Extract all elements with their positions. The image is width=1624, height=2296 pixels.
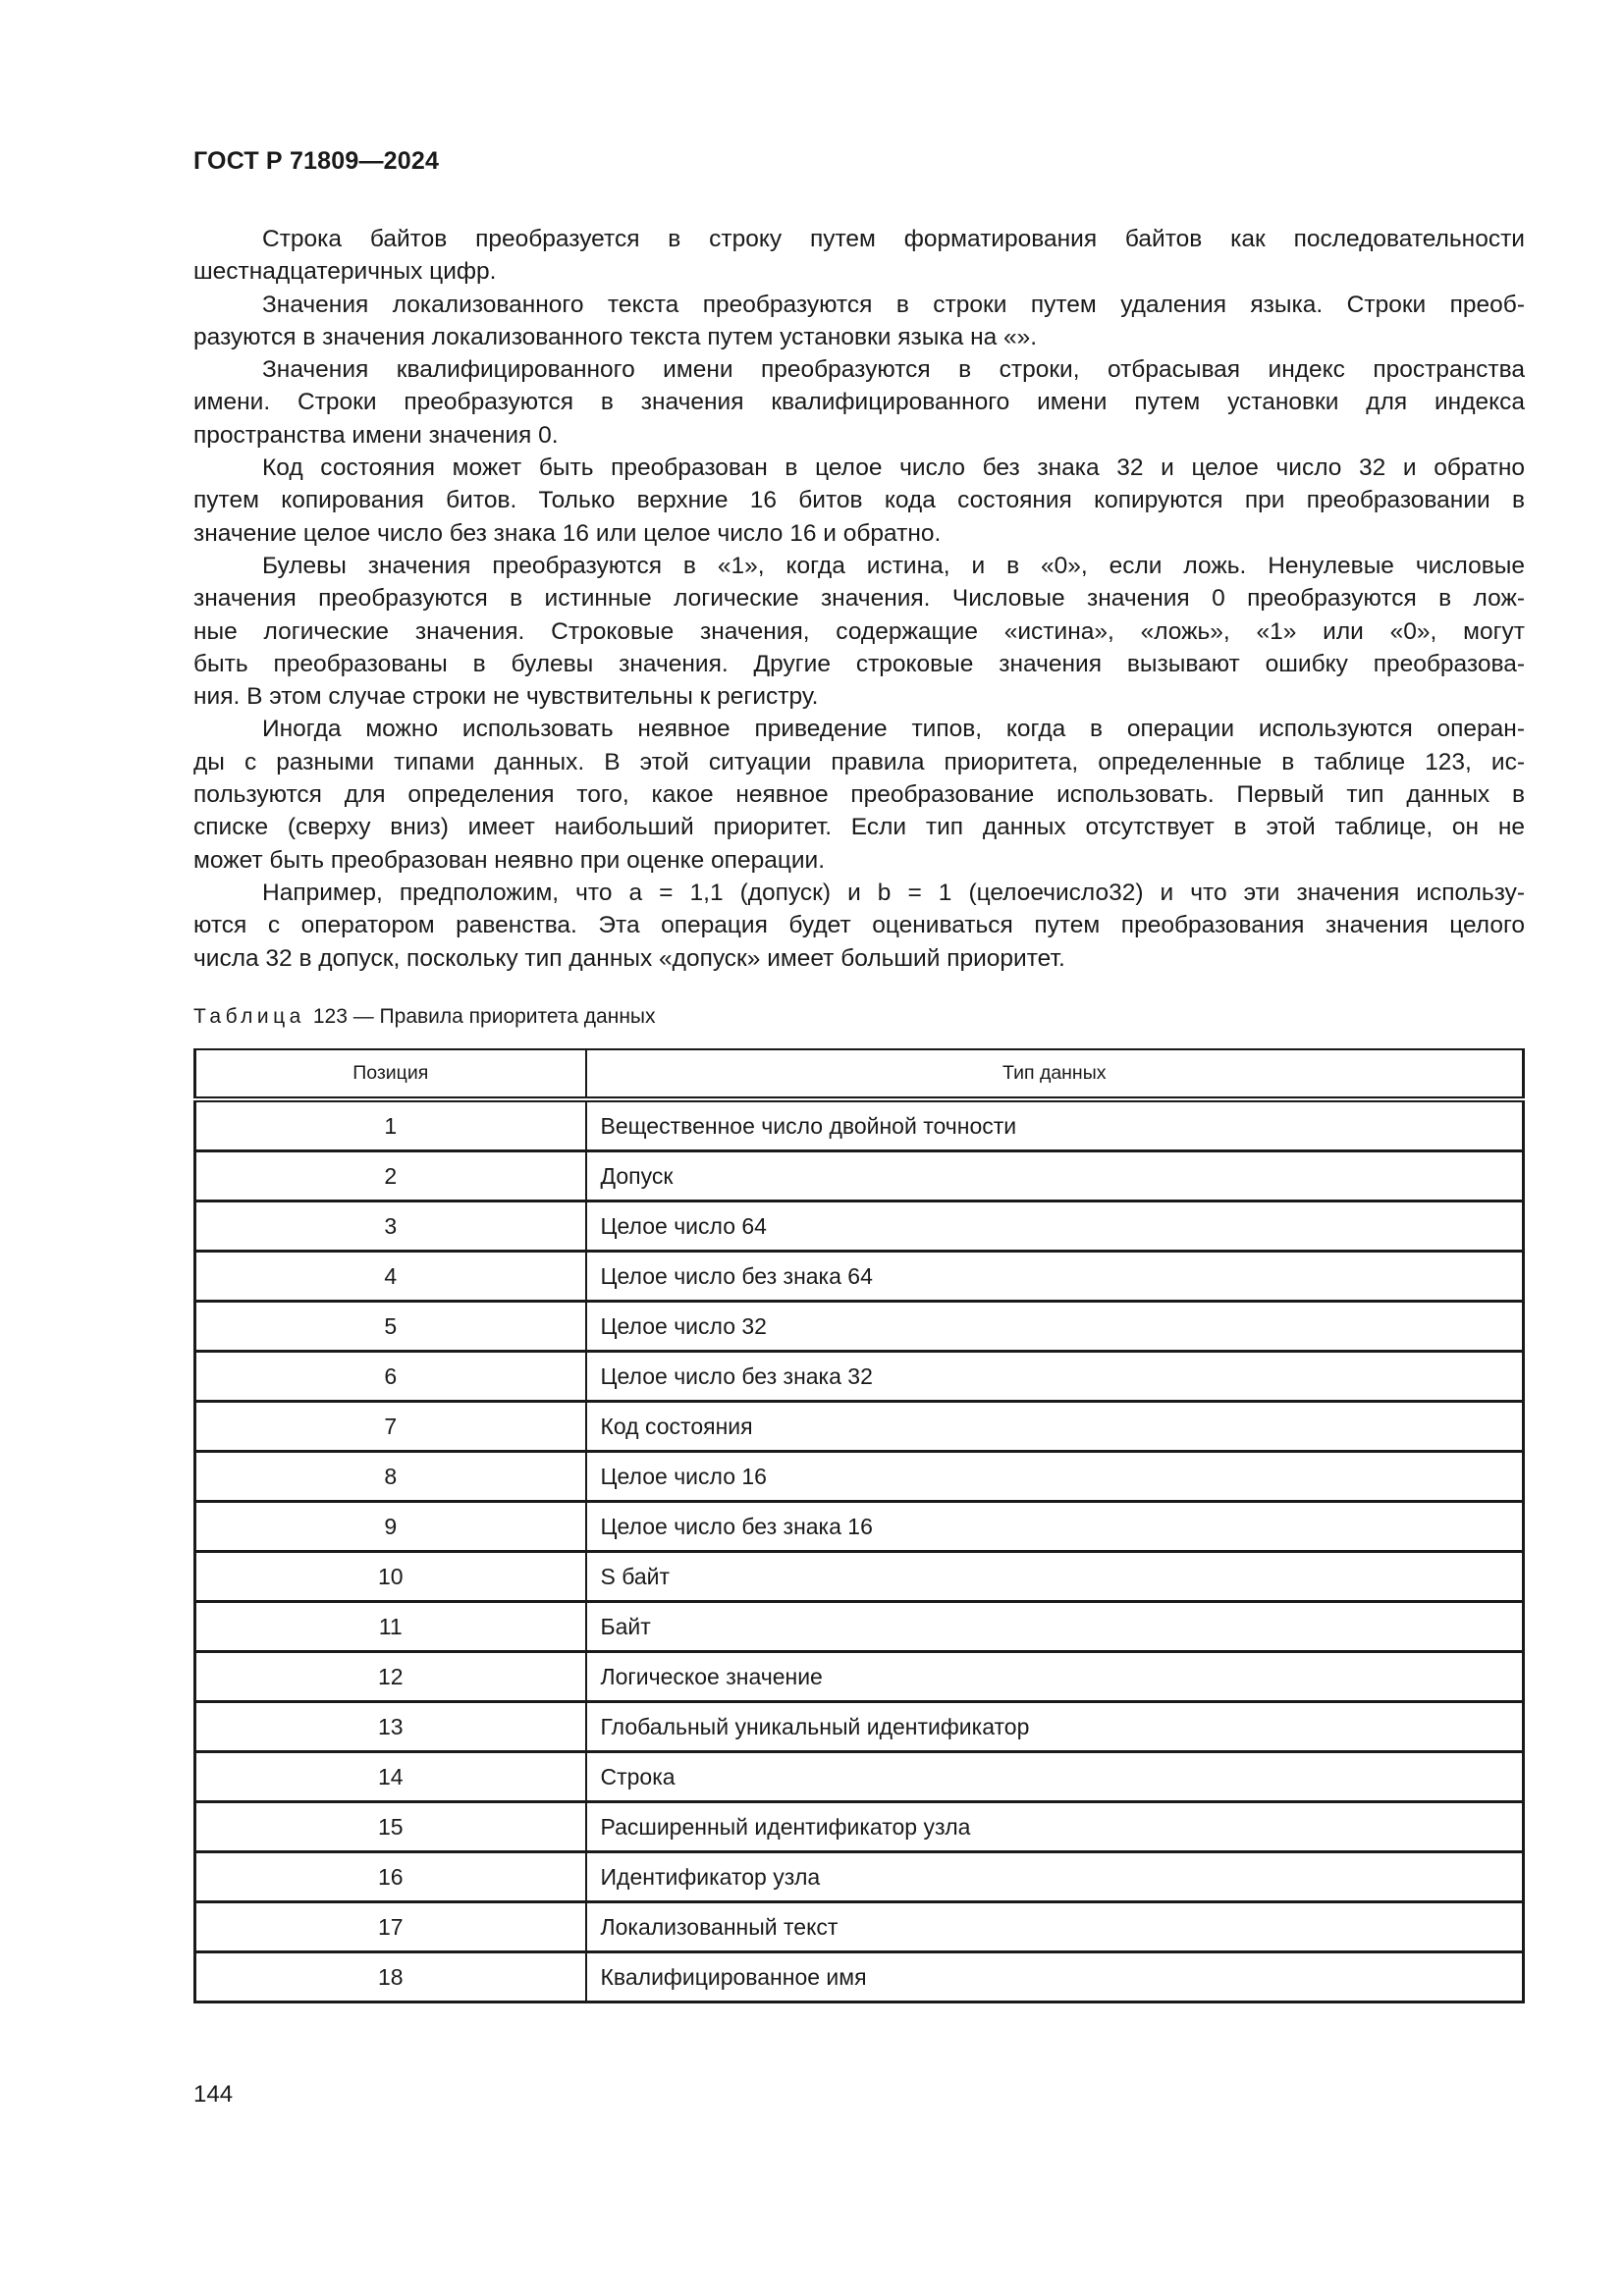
position-cell: 16 [195,1852,586,1902]
data-type-cell: Допуск [586,1151,1524,1201]
table-row: 17Локализованный текст [195,1902,1524,1952]
paragraph-line: значения преобразуются в истинные логиче… [193,582,1525,614]
position-cell: 17 [195,1902,586,1952]
table-body: 1Вещественное число двойной точности2Доп… [195,1099,1524,2002]
data-type-cell: Целое число 16 [586,1452,1524,1502]
paragraph-line: числа 32 в допуск, поскольку тип данных … [193,942,1525,975]
position-cell: 2 [195,1151,586,1201]
position-cell: 10 [195,1552,586,1602]
data-type-cell: Целое число без знака 64 [586,1252,1524,1302]
data-type-cell: Локализованный текст [586,1902,1524,1952]
table-caption-label: Таблица [193,1005,305,1028]
paragraph-line: ды с разными типами данных. В этой ситуа… [193,746,1525,778]
paragraph-line: путем копирования битов. Только верхние … [193,484,1525,516]
table-header-row: Позиция Тип данных [195,1049,1524,1099]
table-row: 6Целое число без знака 32 [195,1352,1524,1402]
table-row: 5Целое число 32 [195,1302,1524,1352]
paragraph-line: пространства имени значения 0. [193,419,1525,452]
paragraph-line: ния. В этом случае строки не чувствитель… [193,680,1525,713]
data-priority-table: Позиция Тип данных 1Вещественное число д… [193,1048,1525,2003]
table-row: 13Глобальный уникальный идентификатор [195,1702,1524,1752]
document-standard-title: ГОСТ Р 71809—2024 [193,147,439,176]
position-cell: 18 [195,1952,586,2002]
paragraph-line: Значения квалифицированного имени преобр… [193,353,1525,386]
paragraph: Булевы значения преобразуются в «1», ког… [193,550,1525,713]
table-row: 12Логическое значение [195,1652,1524,1702]
paragraph-line: Значения локализованного текста преобраз… [193,289,1525,321]
position-cell: 1 [195,1099,586,1151]
position-cell: 12 [195,1652,586,1702]
position-cell: 5 [195,1302,586,1352]
paragraph-line: может быть преобразован неявно при оценк… [193,844,1525,877]
paragraph-line: шестнадцатеричных цифр. [193,255,1525,288]
table-row: 7Код состояния [195,1402,1524,1452]
table-row: 8Целое число 16 [195,1452,1524,1502]
column-header-position: Позиция [195,1049,586,1099]
position-cell: 3 [195,1201,586,1252]
paragraph-line: Булевы значения преобразуются в «1», ког… [193,550,1525,582]
data-type-cell: Квалифицированное имя [586,1952,1524,2002]
body-text: Строка байтов преобразуется в строку пут… [193,223,1525,975]
position-cell: 13 [195,1702,586,1752]
data-type-cell: Код состояния [586,1402,1524,1452]
data-type-cell: Целое число 64 [586,1201,1524,1252]
table-row: 14Строка [195,1752,1524,1802]
table-row: 1Вещественное число двойной точности [195,1099,1524,1151]
data-type-cell: Идентификатор узла [586,1852,1524,1902]
paragraph-line: имени. Строки преобразуются в значения к… [193,386,1525,418]
paragraph: Иногда можно использовать неявное привед… [193,713,1525,876]
position-cell: 11 [195,1602,586,1652]
table-row: 10S байт [195,1552,1524,1602]
table-row: 11Байт [195,1602,1524,1652]
paragraph: Значения локализованного текста преобраз… [193,289,1525,354]
table-row: 3Целое число 64 [195,1201,1524,1252]
data-type-cell: Вещественное число двойной точности [586,1099,1524,1151]
table-caption: Таблица123 — Правила приоритета данных [193,1005,656,1029]
column-header-data-type: Тип данных [586,1049,1524,1099]
paragraph: Значения квалифицированного имени преобр… [193,353,1525,452]
paragraph-line: значение целое число без знака 16 или це… [193,517,1525,550]
position-cell: 9 [195,1502,586,1552]
paragraph: Код состояния может быть преобразован в … [193,452,1525,550]
data-type-cell: S байт [586,1552,1524,1602]
data-type-cell: Целое число без знака 32 [586,1352,1524,1402]
position-cell: 4 [195,1252,586,1302]
paragraph-line: Код состояния может быть преобразован в … [193,452,1525,484]
data-type-cell: Целое число без знака 16 [586,1502,1524,1552]
table-caption-text: 123 — Правила приоритета данных [313,1005,656,1028]
data-type-cell: Логическое значение [586,1652,1524,1702]
paragraph: Например, предположим, что a = 1,1 (допу… [193,877,1525,975]
paragraph-line: быть преобразованы в булевы значения. Др… [193,648,1525,680]
paragraph: Строка байтов преобразуется в строку пут… [193,223,1525,289]
paragraph-line: пользуются для определения того, какое н… [193,778,1525,811]
paragraph-line: ются с оператором равенства. Эта операци… [193,909,1525,941]
position-cell: 15 [195,1802,586,1852]
paragraph-line: ные логические значения. Строковые значе… [193,615,1525,648]
table-row: 4Целое число без знака 64 [195,1252,1524,1302]
table-row: 16Идентификатор узла [195,1852,1524,1902]
position-cell: 7 [195,1402,586,1452]
table-row: 18Квалифицированное имя [195,1952,1524,2002]
data-type-cell: Байт [586,1602,1524,1652]
data-type-cell: Расширенный идентификатор узла [586,1802,1524,1852]
paragraph-line: Например, предположим, что a = 1,1 (допу… [193,877,1525,909]
position-cell: 14 [195,1752,586,1802]
table-row: 2Допуск [195,1151,1524,1201]
paragraph-line: Строка байтов преобразуется в строку пут… [193,223,1525,255]
data-type-cell: Целое число 32 [586,1302,1524,1352]
page-number: 144 [193,2081,233,2109]
data-type-cell: Глобальный уникальный идентификатор [586,1702,1524,1752]
table-row: 15Расширенный идентификатор узла [195,1802,1524,1852]
table-row: 9Целое число без знака 16 [195,1502,1524,1552]
position-cell: 8 [195,1452,586,1502]
paragraph-line: списке (сверху вниз) имеет наибольший пр… [193,811,1525,843]
position-cell: 6 [195,1352,586,1402]
paragraph-line: разуются в значения локализованного текс… [193,321,1525,353]
data-type-cell: Строка [586,1752,1524,1802]
paragraph-line: Иногда можно использовать неявное привед… [193,713,1525,745]
